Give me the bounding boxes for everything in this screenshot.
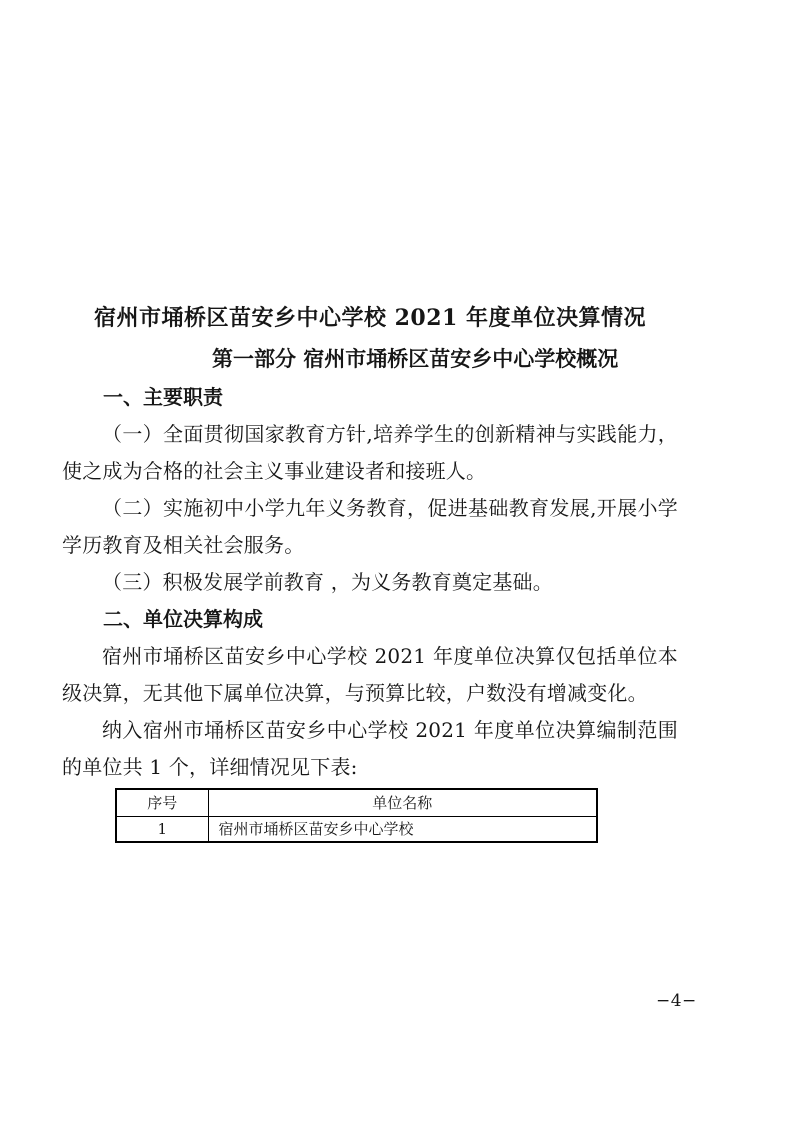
document-page: 宿州市埇桥区苗安乡中心学校 2021 年度单位决算情况 第一部分 宿州市埇桥区苗… — [0, 0, 793, 1122]
table-header-row: 序号 单位名称 — [116, 789, 597, 816]
section-2-paragraph-2: 纳入宿州市埇桥区苗安乡中心学校 2021 年度单位决算编制范围的单位共 1 个，… — [62, 712, 678, 786]
section-1-paragraph-3: （三）积极发展学前教育 ，为义务教育奠定基础。 — [62, 564, 678, 601]
document-title: 宿州市埇桥区苗安乡中心学校 2021 年度单位决算情况 — [62, 296, 678, 340]
table-header-index: 序号 — [116, 789, 208, 816]
section-1-heading: 一、主要职责 — [62, 378, 678, 416]
section-2-heading: 二、单位决算构成 — [62, 601, 678, 638]
section-2-paragraph-1: 宿州市埇桥区苗安乡中心学校 2021 年度单位决算仅包括单位本级决算，无其他下属… — [62, 638, 678, 712]
section-1-paragraph-2: （二）实施初中小学九年义务教育，促进基础教育发展,开展小学学历教育及相关社会服务… — [62, 490, 678, 564]
section-1-paragraph-1: （一）全面贯彻国家教育方针,培养学生的创新精神与实践能力，使之成为合格的社会主义… — [62, 416, 678, 490]
table-cell-index: 1 — [116, 816, 208, 842]
page-number: −4− — [656, 991, 697, 1011]
table-row: 1 宿州市埇桥区苗安乡中心学校 — [116, 816, 597, 842]
unit-list-table: 序号 单位名称 1 宿州市埇桥区苗安乡中心学校 — [115, 788, 598, 843]
table-header-unit-name: 单位名称 — [208, 789, 597, 816]
document-content: 宿州市埇桥区苗安乡中心学校 2021 年度单位决算情况 第一部分 宿州市埇桥区苗… — [62, 296, 678, 843]
table-cell-unit-name: 宿州市埇桥区苗安乡中心学校 — [208, 816, 597, 842]
part-one-heading: 第一部分 宿州市埇桥区苗安乡中心学校概况 — [212, 340, 678, 378]
